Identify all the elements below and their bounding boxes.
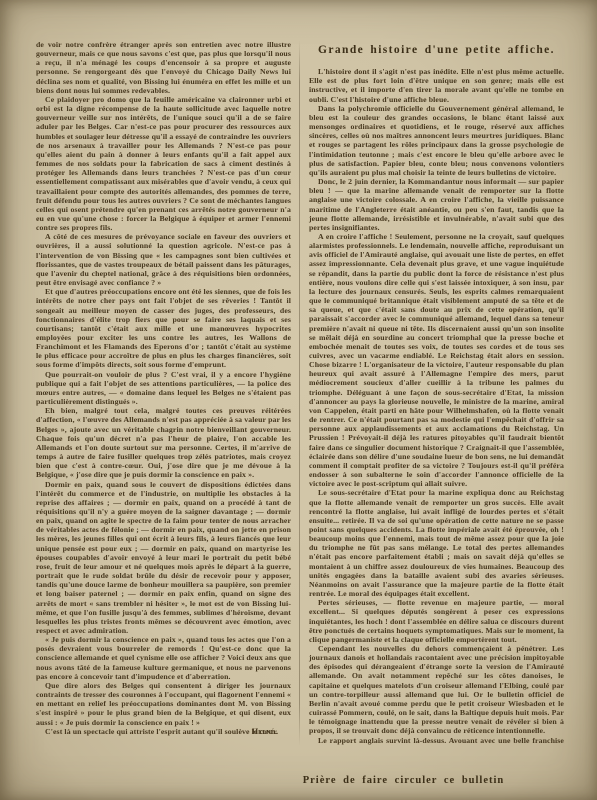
paragraph: A en croire l'affiche ! Seulement, perso… — [309, 232, 564, 488]
paragraph: Eh bien, malgré tout cela, malgré toutes… — [36, 406, 291, 479]
text-columns: de voir notre confrère étranger après so… — [36, 40, 564, 746]
left-column: de voir notre confrère étranger après so… — [36, 40, 299, 746]
paragraph: Pertes sérieuses, — flotte revenue en ma… — [309, 598, 564, 644]
paragraph: Que pourrait-on vouloir de plus ? C'est … — [36, 370, 291, 407]
paragraph: « Je puis dormir la conscience en paix »… — [36, 635, 291, 681]
footer-notice: Prière de faire circuler ce bulletin — [0, 775, 597, 786]
paragraph: Dans la polychromie officielle du Gouver… — [309, 104, 564, 177]
paragraph: A côté de ces mesures de prévoyance soci… — [36, 232, 291, 287]
paragraph: L'histoire dont il s'agit n'est pas inéd… — [309, 67, 564, 104]
paragraph: Que dire alors des Belges qui consentent… — [36, 681, 291, 727]
paragraph: Le rapport anglais survint là-dessus. Av… — [309, 736, 564, 746]
paragraph: Le sous-secrétaire d'Etat pour la marine… — [309, 488, 564, 598]
closing-line: C'est là un spectacle qui attriste l'esp… — [36, 727, 291, 736]
paragraph: Et que d'autres préoccupations encore on… — [36, 287, 291, 369]
paragraph: Ce plaidoyer pro domo que la feuille amé… — [36, 95, 291, 232]
article-title: Grande histoire d'une petite affiche. — [309, 46, 564, 55]
paragraph: de voir notre confrère étranger après so… — [36, 40, 291, 95]
paragraph: Cependant les nouvelles du dehors commen… — [309, 644, 564, 736]
right-column: Grande histoire d'une petite affiche. L'… — [300, 40, 564, 746]
paragraph: Dormir en paix, quand sous le couvert de… — [36, 480, 291, 636]
scanned-page: de voir notre confrère étranger après so… — [0, 0, 597, 800]
paragraph: Donc, le 2 juin dernier, la Kommandantur… — [309, 177, 564, 232]
